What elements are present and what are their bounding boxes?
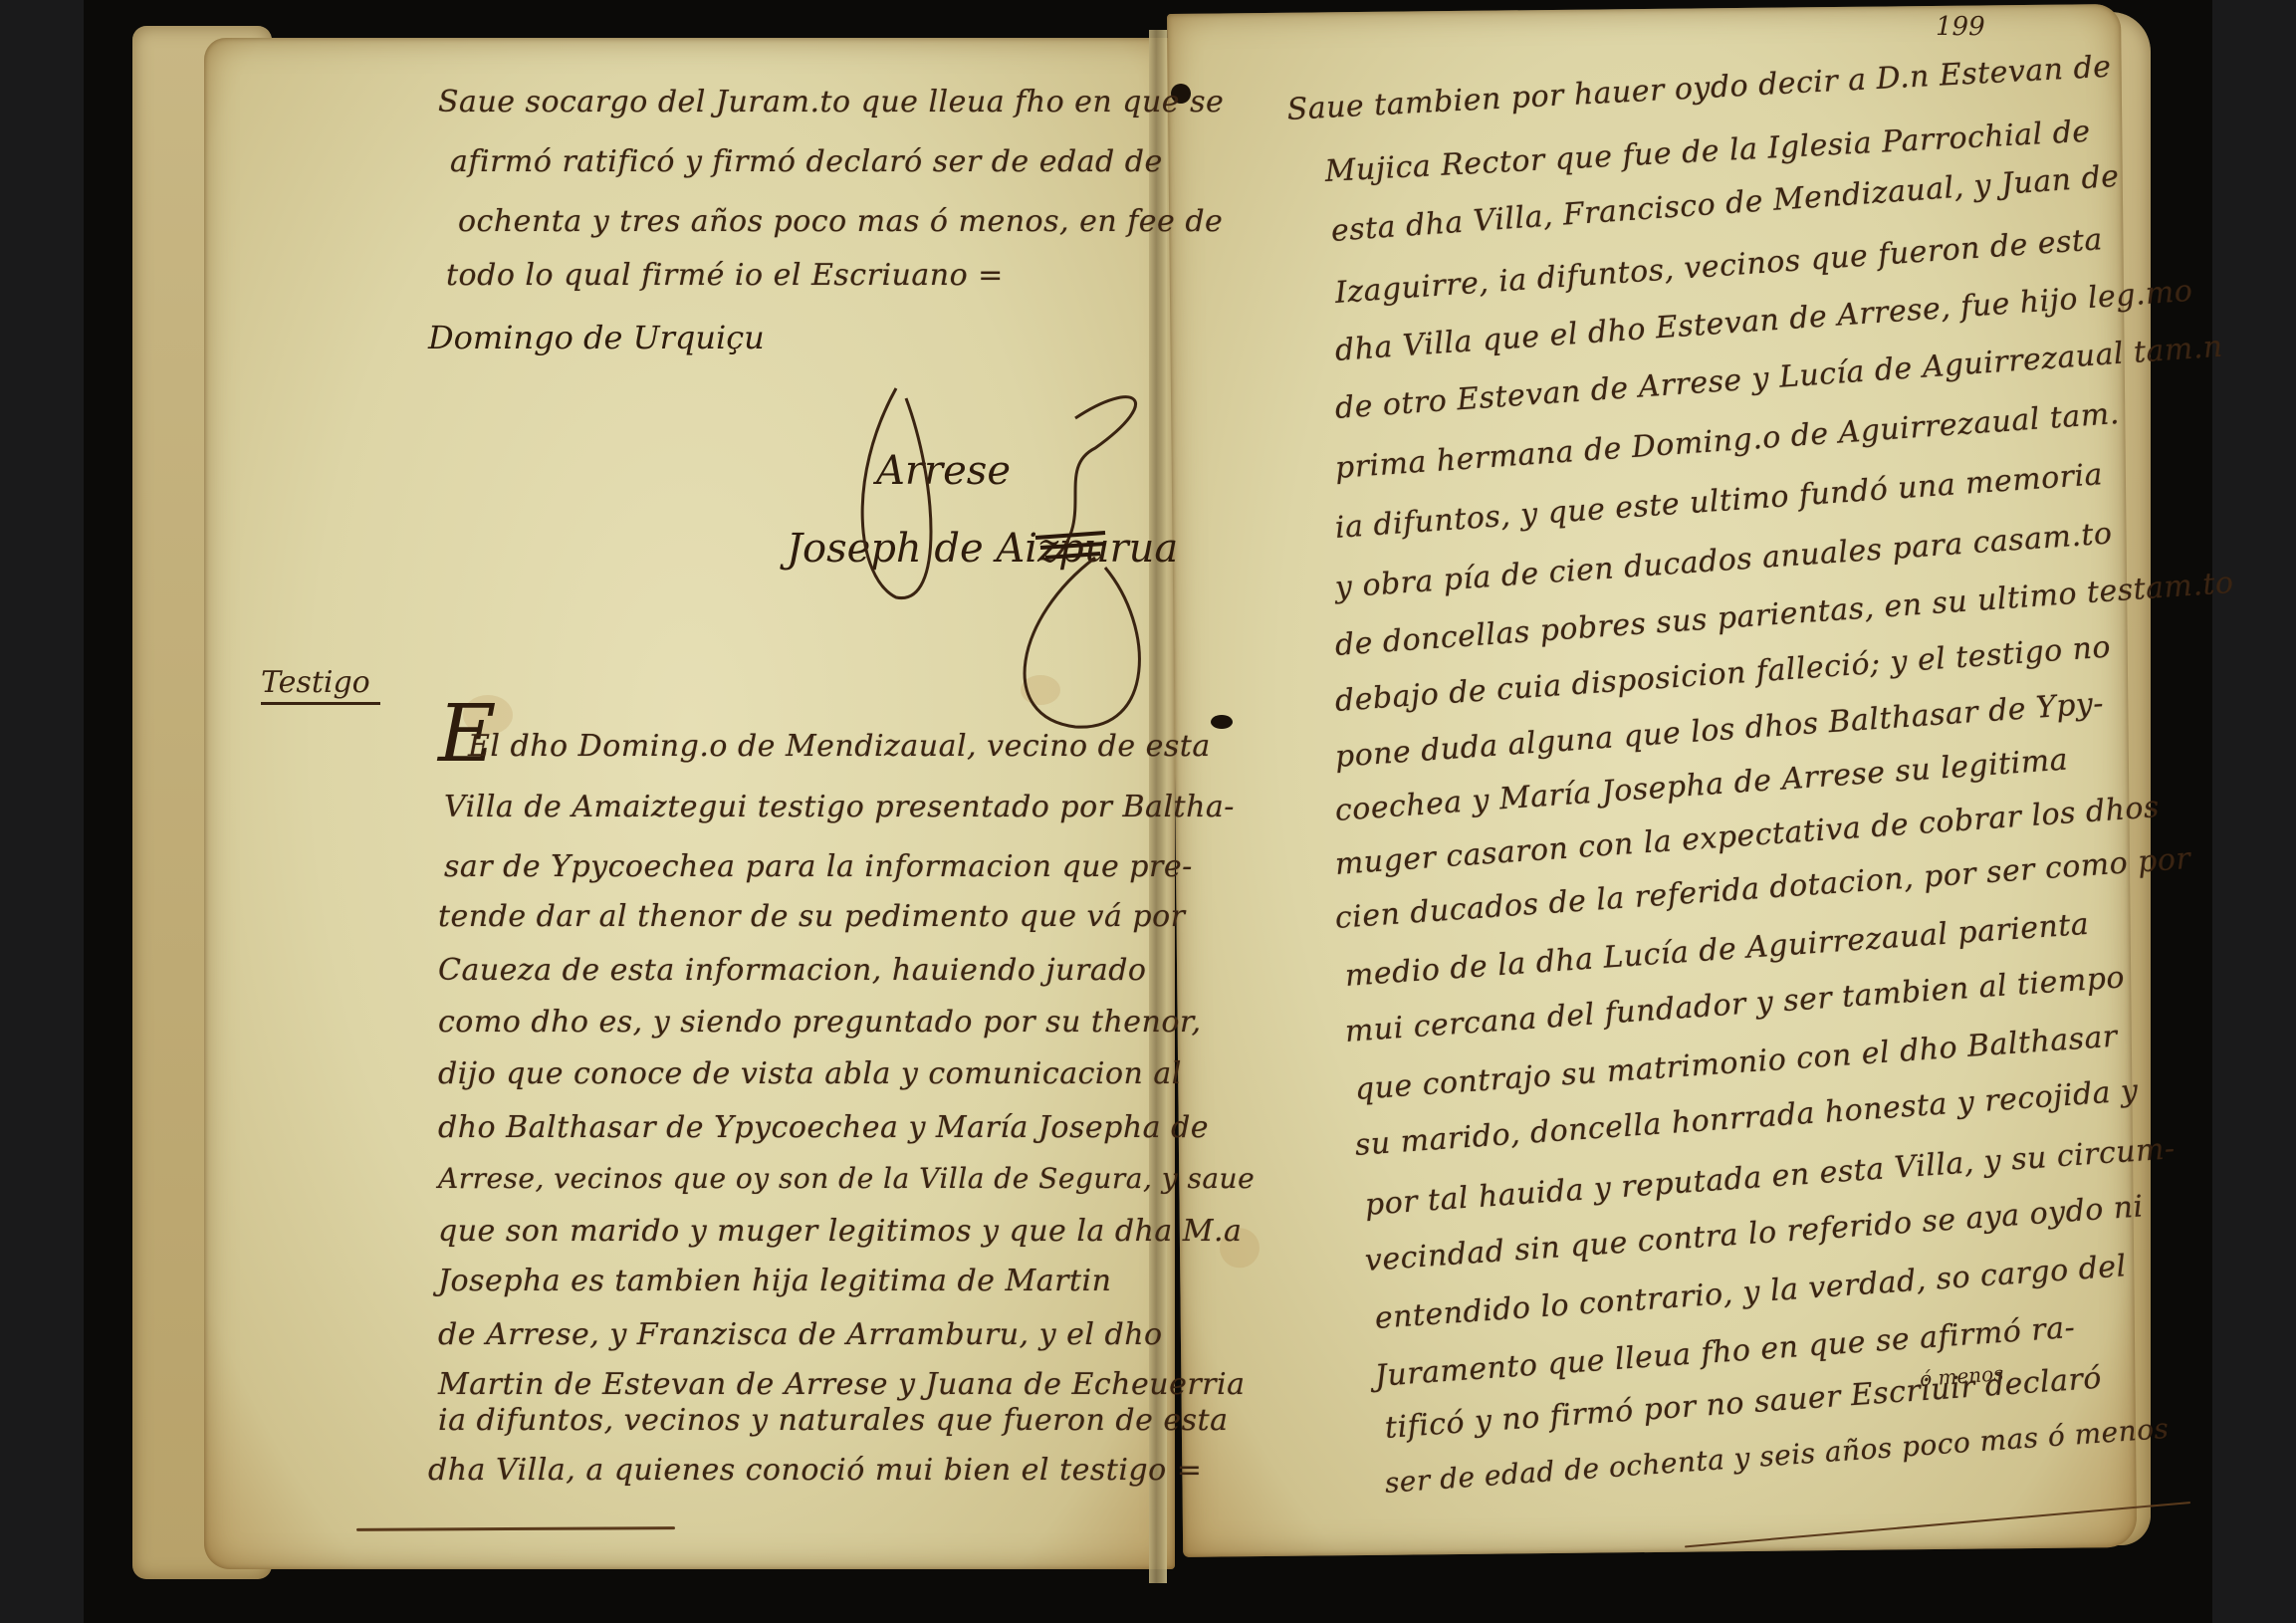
left-top-line: ochenta y tres años poco mas ó menos, en… bbox=[458, 207, 1223, 237]
left-body-line: de Arrese, y Franzisca de Arramburu, y e… bbox=[438, 1320, 1163, 1350]
left-body-line: Caueza de esta informacion, hauiendo jur… bbox=[438, 956, 1147, 986]
left-body-line: dho Balthasar de Ypycoechea y María Jose… bbox=[438, 1113, 1209, 1143]
left-body-line: Arrese, vecinos que oy son de la Villa d… bbox=[438, 1165, 1255, 1193]
signature-flourish bbox=[836, 358, 1175, 737]
left-top-line: Saue socargo del Juram.to que lleua fho … bbox=[438, 88, 1224, 117]
binding-hole bbox=[1211, 715, 1233, 729]
left-body-line: que son marido y muger legitimos y que l… bbox=[438, 1217, 1242, 1247]
left-body-line: ia difuntos, vecinos y naturales que fue… bbox=[438, 1406, 1228, 1436]
left-body-line: El dho Doming.o de Mendizaual, vecino de… bbox=[468, 732, 1211, 762]
left-top-line: todo lo qual firmé io el Escriuano = bbox=[446, 261, 1004, 291]
signature-domingo: Domingo de Urquiçu bbox=[428, 319, 765, 356]
left-body-line: sar de Ypycoechea para la informacion qu… bbox=[444, 852, 1193, 882]
left-body-line: dijo que conoce de vista abla y comunica… bbox=[438, 1059, 1182, 1089]
left-body-line: como dho es, y siendo preguntado por su … bbox=[438, 1008, 1201, 1038]
margin-label-testigo: Testigo bbox=[261, 665, 380, 705]
left-body-line: Josepha es tambien hija legitima de Mart… bbox=[438, 1267, 1111, 1296]
left-body-line: tende dar al thenor de su pedimento que … bbox=[438, 902, 1185, 932]
left-top-line: afirmó ratificó y firmó declaró ser de e… bbox=[450, 147, 1163, 177]
left-body-line: Villa de Amaiztegui testigo presentado p… bbox=[444, 793, 1235, 822]
left-body-line: Martin de Estevan de Arrese y Juana de E… bbox=[438, 1370, 1246, 1400]
left-body-line: dha Villa, a quienes conoció mui bien el… bbox=[428, 1456, 1202, 1486]
folio-number: 199 bbox=[1936, 12, 1985, 42]
